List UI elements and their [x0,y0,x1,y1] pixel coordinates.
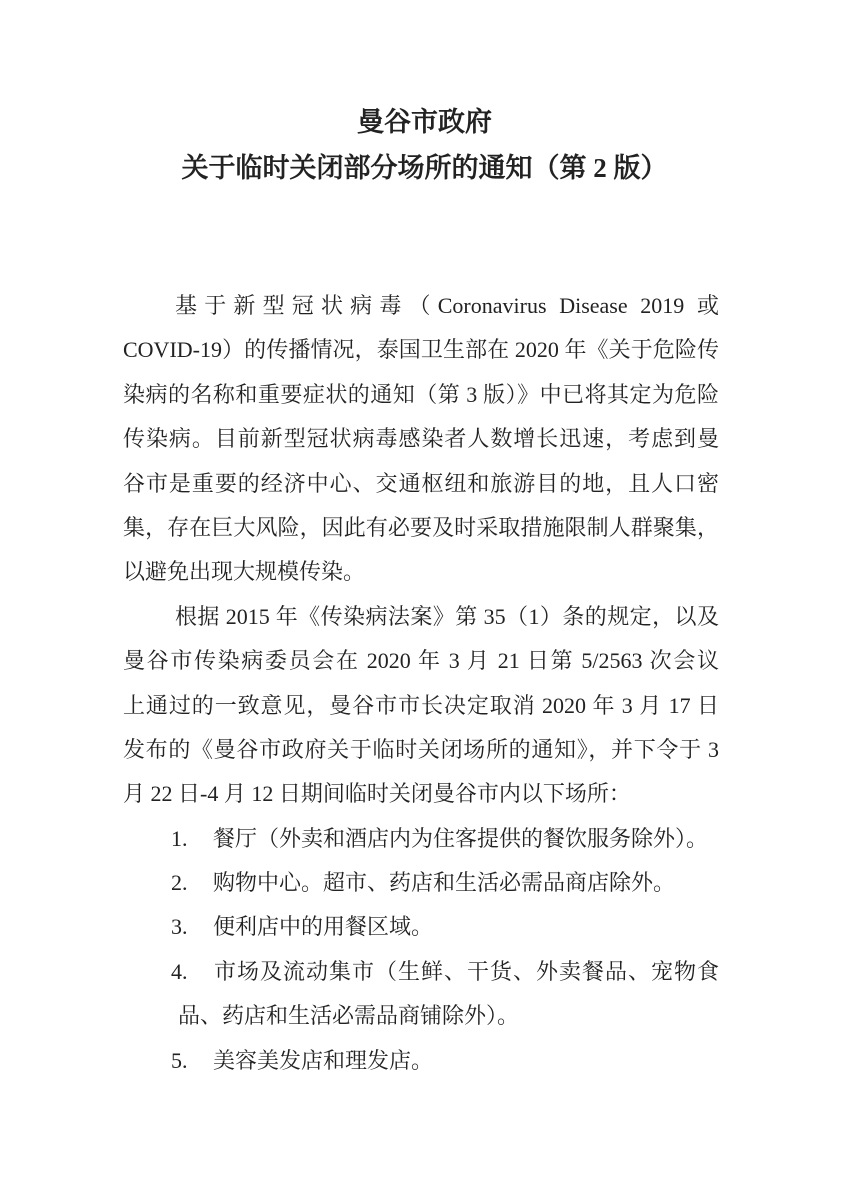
text-line: 传染病。目前新型冠状病毒感染者人数增长迅速，考虑到曼 [123,417,719,461]
list-item-number: 3. [171,905,213,949]
page-title: 曼谷市政府 [0,99,849,145]
text-line: COVID-19）的传播情况，泰国卫生部在 2020 年《关于危险传 [123,328,719,372]
document-page: 曼谷市政府 关于临时关闭部分场所的通知（第 2 版） 基于新型冠状病毒（Coro… [0,0,849,1200]
text-line: 曼谷市传染病委员会在 2020 年 3 月 21 日第 5/2563 次会议 [123,639,719,683]
list-item-number: 4. [171,950,213,994]
list-item-text: 餐厅（外卖和酒店内为住客提供的餐饮服务除外）。 [213,826,708,851]
text-line: 染病的名称和重要症状的通知（第 3 版）》中已将其定为危险 [123,373,719,417]
text-line: 以避免出现大规模传染。 [123,550,719,594]
list-item-text: 便利店中的用餐区域。 [213,914,433,939]
document-header: 曼谷市政府 关于临时关闭部分场所的通知（第 2 版） [0,99,849,191]
page-subtitle: 关于临时关闭部分场所的通知（第 2 版） [0,145,849,191]
text-line: 月 22 日-4 月 12 日期间临时关闭曼谷市内以下场所： [123,772,719,816]
list-item-continuation: 品、药店和生活必需品商铺除外）。 [123,994,719,1038]
text-line: 谷市是重要的经济中心、交通枢纽和旅游目的地，且人口密 [123,462,719,506]
list-item-text: 美容美发店和理发店。 [213,1048,433,1073]
text-line: 集，存在巨大风险，因此有必要及时采取措施限制人群聚集， [123,506,719,550]
list-item: 5.美容美发店和理发店。 [123,1039,719,1083]
text-line: 根据 2015 年《传染病法案》第 35（1）条的规定，以及 [123,595,719,639]
list-item: 4.市场及流动集市（生鲜、干货、外卖餐品、宠物食 [123,950,719,994]
list-item-text: 市场及流动集市（生鲜、干货、外卖餐品、宠物食 [213,959,719,984]
text-line: 发布的《曼谷市政府关于临时关闭场所的通知》，并下令于 3 [123,728,719,772]
list-item: 2.购物中心。超市、药店和生活必需品商店除外。 [123,861,719,905]
list-item-text: 购物中心。超市、药店和生活必需品商店除外。 [213,870,675,895]
list-item: 1.餐厅（外卖和酒店内为住客提供的餐饮服务除外）。 [123,817,719,861]
list-item-number: 1. [171,817,213,861]
text-line: 上通过的一致意见，曼谷市市长决定取消 2020 年 3 月 17 日 [123,684,719,728]
list-item-number: 5. [171,1039,213,1083]
document-body: 基于新型冠状病毒（Coronavirus Disease 2019 或 COVI… [123,284,719,1083]
list-item-number: 2. [171,861,213,905]
text-line: 基于新型冠状病毒（Coronavirus Disease 2019 或 [123,284,719,328]
list-item: 3.便利店中的用餐区域。 [123,905,719,949]
